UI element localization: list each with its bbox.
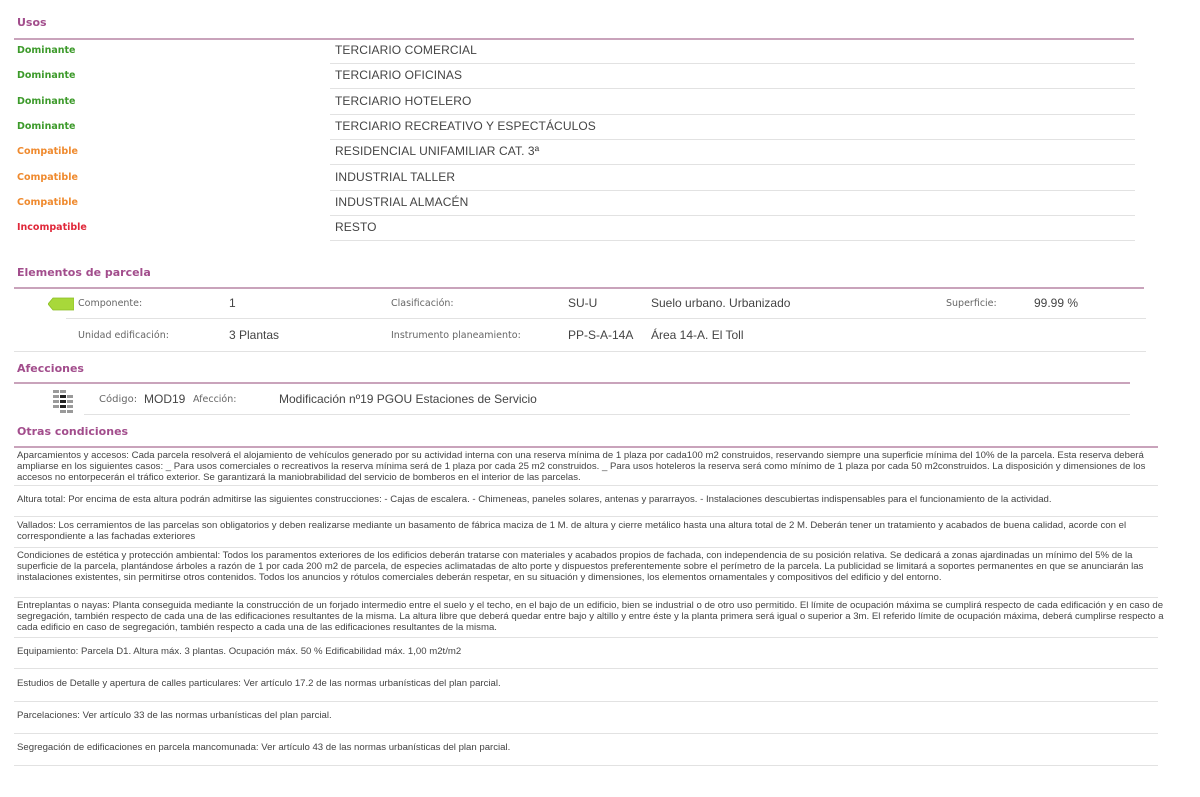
section-title-usos: Usos — [17, 16, 47, 29]
uso-category: Dominante — [17, 96, 76, 107]
unidad-edificacion-label: Unidad edificación: — [78, 330, 169, 341]
instrumento-code: PP-S-A-14A — [568, 328, 633, 342]
row-divider — [14, 351, 1146, 352]
uso-row: DominanteTERCIARIO COMERCIAL — [0, 39, 1200, 64]
uso-category: Dominante — [17, 70, 76, 81]
green-tag-icon — [48, 297, 74, 311]
row-divider — [66, 318, 1146, 319]
uso-name: INDUSTRIAL TALLER — [335, 170, 455, 184]
condition-item: Aparcamientos y accesos: Cada parcela re… — [17, 450, 1167, 483]
condition-item: Altura total: Por encima de esta altura … — [17, 494, 1167, 505]
uso-row: DominanteTERCIARIO HOTELERO — [0, 90, 1200, 115]
row-divider — [14, 516, 1158, 517]
condition-item: Estudios de Detalle y apertura de calles… — [17, 678, 1167, 689]
uso-name: TERCIARIO OFICINAS — [335, 68, 462, 82]
uso-category: Dominante — [17, 121, 76, 132]
grid-pattern-icon — [52, 389, 76, 413]
row-divider — [14, 597, 1158, 598]
codigo-value: MOD19 — [144, 392, 185, 406]
uso-name: TERCIARIO RECREATIVO Y ESPECTÁCULOS — [335, 119, 596, 133]
row-divider — [14, 485, 1158, 486]
unidad-edificacion-value: 3 Plantas — [229, 328, 279, 342]
uso-row: DominanteTERCIARIO RECREATIVO Y ESPECTÁC… — [0, 115, 1200, 140]
row-divider — [84, 414, 1130, 415]
row-divider — [14, 668, 1158, 669]
row-divider — [14, 637, 1158, 638]
section-divider — [14, 446, 1158, 448]
superficie-value: 99.99 % — [1034, 296, 1078, 310]
uso-name: RESIDENCIAL UNIFAMILIAR CAT. 3ª — [335, 144, 539, 158]
uso-category: Compatible — [17, 146, 78, 157]
componente-value: 1 — [229, 296, 236, 310]
condition-item: Entreplantas o nayas: Planta conseguida … — [17, 600, 1167, 633]
clasificacion-label: Clasificación: — [391, 298, 454, 309]
uso-name: TERCIARIO HOTELERO — [335, 94, 471, 108]
codigo-label: Código: — [99, 394, 137, 405]
row-divider — [330, 240, 1135, 241]
uso-category: Compatible — [17, 172, 78, 183]
section-divider — [14, 287, 1144, 289]
uso-row: DominanteTERCIARIO OFICINAS — [0, 64, 1200, 89]
clasificacion-desc: Suelo urbano. Urbanizado — [651, 296, 790, 310]
uso-row: CompatibleRESIDENCIAL UNIFAMILIAR CAT. 3… — [0, 140, 1200, 165]
uso-category: Dominante — [17, 45, 76, 56]
section-divider — [14, 382, 1130, 384]
uso-row: CompatibleINDUSTRIAL TALLER — [0, 166, 1200, 191]
row-divider — [14, 765, 1158, 766]
uso-category: Incompatible — [17, 222, 87, 233]
uso-row: CompatibleINDUSTRIAL ALMACÉN — [0, 191, 1200, 216]
section-title-elementos: Elementos de parcela — [17, 266, 151, 279]
afeccion-value: Modificación nº19 PGOU Estaciones de Ser… — [279, 392, 537, 406]
condition-item: Equipamiento: Parcela D1. Altura máx. 3 … — [17, 646, 1167, 657]
componente-label: Componente: — [78, 298, 142, 309]
afeccion-label: Afección: — [193, 394, 236, 405]
condition-item: Vallados: Los cerramientos de las parcel… — [17, 520, 1167, 542]
condition-item: Condiciones de estética y protección amb… — [17, 550, 1167, 583]
instrumento-desc: Área 14-A. El Toll — [651, 328, 744, 342]
row-divider — [14, 701, 1158, 702]
uso-name: RESTO — [335, 220, 377, 234]
condition-item: Parcelaciones: Ver artículo 33 de las no… — [17, 710, 1167, 721]
superficie-label: Superficie: — [946, 298, 997, 309]
clasificacion-code: SU-U — [568, 296, 597, 310]
row-divider — [14, 547, 1158, 548]
row-divider — [14, 733, 1158, 734]
condition-item: Segregación de edificaciones en parcela … — [17, 742, 1167, 753]
instrumento-label: Instrumento planeamiento: — [391, 330, 521, 341]
section-title-afecciones: Afecciones — [17, 362, 84, 375]
uso-name: INDUSTRIAL ALMACÉN — [335, 195, 468, 209]
uso-name: TERCIARIO COMERCIAL — [335, 43, 477, 57]
uso-row: IncompatibleRESTO — [0, 216, 1200, 241]
uso-category: Compatible — [17, 197, 78, 208]
section-title-otras: Otras condiciones — [17, 425, 128, 438]
